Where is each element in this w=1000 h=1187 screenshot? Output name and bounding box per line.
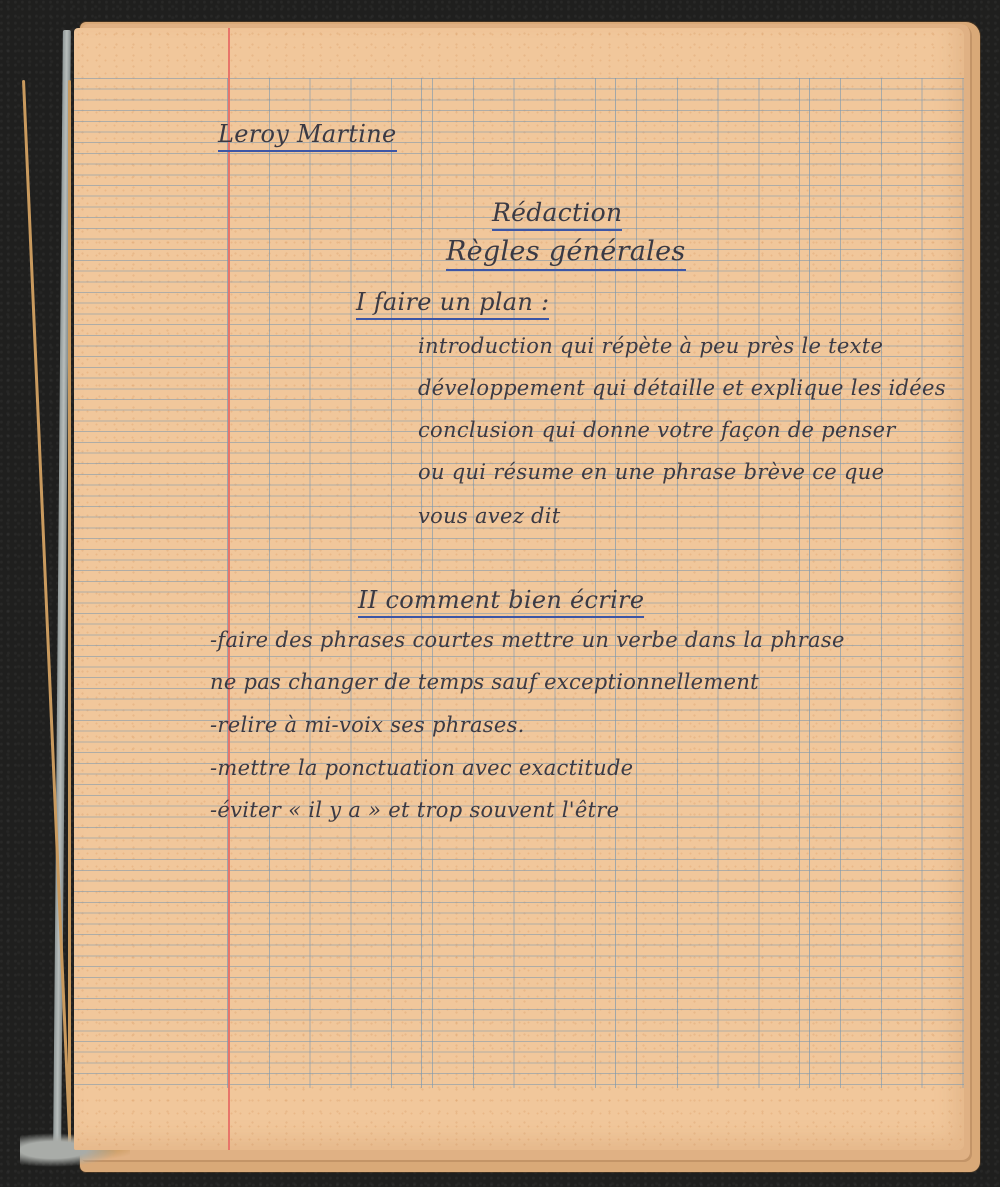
page-subtitle-text: Règles générales	[446, 236, 686, 271]
page-title-text: Rédaction	[492, 198, 622, 231]
section2-line: ne pas changer de temps sauf exceptionne…	[210, 670, 759, 694]
section1-line: introduction qui répète à peu près le te…	[418, 334, 883, 358]
section1-line: conclusion qui donne votre façon de pens…	[418, 418, 896, 442]
section1-line: vous avez dit	[418, 504, 561, 528]
section1-heading: I faire un plan :	[356, 288, 549, 316]
section2-line: -relire à mi-voix ses phrases.	[210, 713, 525, 737]
page-title: Rédaction	[492, 198, 622, 227]
notebook-page: Leroy Martine Rédaction Règles générales…	[74, 28, 964, 1150]
section1-line: ou qui résume en une phrase brève ce que	[418, 460, 884, 484]
section2-heading-text: II comment bien écrire	[358, 586, 644, 618]
section2-line: -éviter « il y a » et trop souvent l'êtr…	[210, 798, 619, 822]
student-name-text: Leroy Martine	[218, 120, 397, 152]
section2-line: -mettre la ponctuation avec exactitude	[210, 756, 633, 780]
student-name: Leroy Martine	[218, 120, 397, 148]
section1-line: développement qui détaille et explique l…	[418, 376, 946, 400]
page-subtitle: Règles générales	[446, 236, 686, 267]
binding-thread-tan-2	[68, 80, 71, 1150]
section2-line: -faire des phrases courtes mettre un ver…	[210, 628, 845, 652]
section1-heading-text: I faire un plan :	[356, 288, 549, 320]
margin-line	[228, 28, 230, 1150]
section2-heading: II comment bien écrire	[358, 586, 644, 614]
